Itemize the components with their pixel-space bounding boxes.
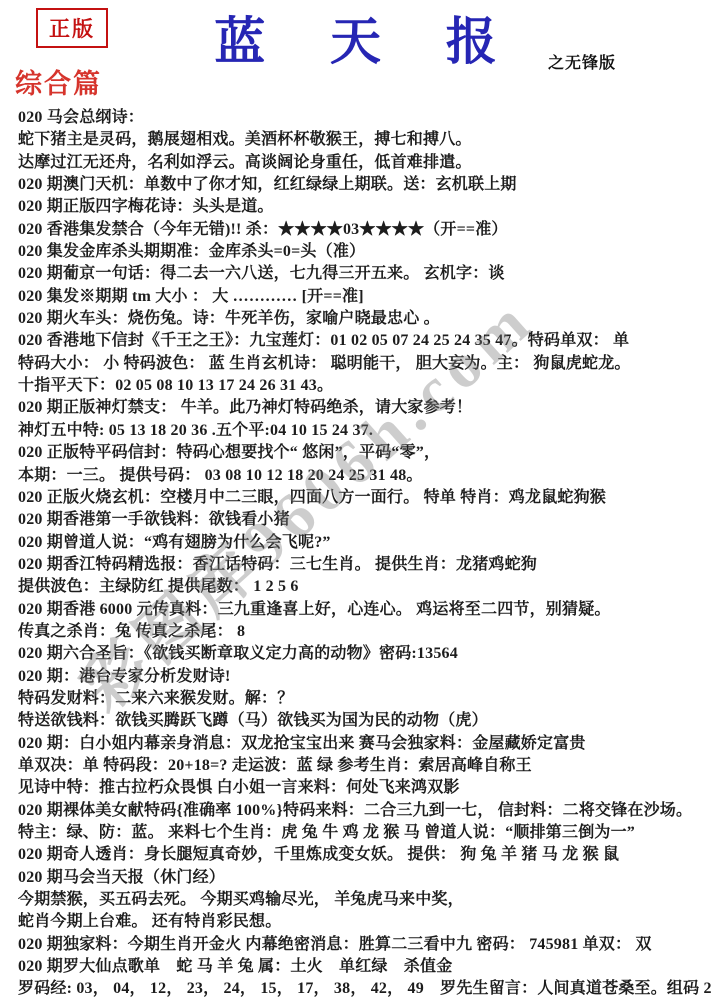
report-body: 020 马会总纲诗：蛇下猪主是灵码，鹅展翅相戏。美酒杯杯敬猴王，搏七和搏八。达摩… <box>18 107 705 1001</box>
report-line: 特送欲钱料：欲钱买腾跃飞蹲（马）欲钱买为国为民的动物（虎） <box>18 710 705 732</box>
report-line: 020 正版火烧玄机：空楼月中二三眼，四面八方一面行。 特单 特肖：鸡龙鼠蛇狗猴 <box>18 487 705 509</box>
report-line: 020 期：白小姐内幕亲身消息：双龙抢宝宝出来 赛马会独家料：金屋藏娇定富贵 <box>18 733 705 755</box>
section-heading: 综合篇 <box>15 62 102 101</box>
report-line: 020 期马会当天报（休门经） <box>18 867 705 889</box>
report-line: 020 香港集发禁合（今年无错)!! 杀：★★★★03★★★★（开==准） <box>18 219 705 241</box>
report-line: 020 期正版四字梅花诗：头头是道。 <box>18 196 705 218</box>
report-line: 020 期裸体美女献特码{准确率 100%}特码来料：二合三九到一七， 信封料：… <box>18 800 705 822</box>
report-line: 020 期奇人透肖：身长腿短真奇妙，千里炼成变女妖。 提供： 狗 兔 羊 猪 马… <box>18 844 705 866</box>
report-line: 020 期香港 6000 元传真料：三九重逢喜上好，心连心。 鸡运将至二四节，别… <box>18 599 705 621</box>
edition-label: 之无锋版 <box>548 50 616 73</box>
report-line: 020 期香江特码精选报：香江话特码：三七生肖。 提供生肖：龙猪鸡蛇狗 <box>18 554 705 576</box>
report-line: 020 集发金库杀头期期准：金库杀头=0=头（准） <box>18 241 705 263</box>
report-line: 神灯五中特: 05 13 18 20 36 .五个平:04 10 15 24 3… <box>18 420 705 442</box>
report-line: 020 集发※期期 tm 大小 ： 大 ………… [开==准] <box>18 286 705 308</box>
report-line: 特主：绿、防：蓝。 来料七个生肖：虎 兔 牛 鸡 龙 猴 马 曾道人说：“顺排第… <box>18 822 705 844</box>
report-line: 十指平天下：02 05 08 10 13 17 24 26 31 43。 <box>18 375 705 397</box>
report-line: 见诗中特：推古拉朽众畏惧 白小姐一言来料：何处飞来鸿双影 <box>18 777 705 799</box>
report-line: 020 期正版神灯禁支： 牛羊。此乃神灯特码绝杀，请大家参考！ <box>18 397 705 419</box>
report-line: 020 期罗大仙点歌单 蛇 马 羊 兔 属：土火 单红绿 杀值金 <box>18 956 705 978</box>
report-line: 蛇下猪主是灵码，鹅展翅相戏。美酒杯杯敬猴王，搏七和搏八。 <box>18 129 705 151</box>
report-line: 020 期六合圣旨：《欲钱买断章取义定力高的动物》密码:13564 <box>18 643 705 665</box>
report-line: 020 期火车头：烧伤兔。诗：牛死羊伤，家喻户晓最忠心 。 <box>18 308 705 330</box>
report-line: 020 期独家料：今期生肖开金火 内幕绝密消息：胜算二三看中九 密码： 7459… <box>18 934 705 956</box>
report-line: 020 马会总纲诗： <box>18 107 705 129</box>
newspaper-page: 正版 蓝 天 报 之无锋版 综合篇 彩图库9606h.com 020 马会总纲诗… <box>0 0 711 1002</box>
report-line: 罗码经: 03， 04， 12， 23， 24， 15， 17， 38， 42，… <box>18 978 705 1000</box>
report-line: 020 期：港台专家分析发财诗! <box>18 666 705 688</box>
report-line: 020 期葡京一句话：得二去一六八送，七九得三开五来。 玄机字：谈 <box>18 263 705 285</box>
report-line: 达摩过江无还舟，名利如浮云。高谈阔论身重任，低首难排遣。 <box>18 152 705 174</box>
report-line: 单双决：单 特码段：20+18=? 走运波：蓝 绿 参考生肖：索居高峰自称王 <box>18 755 705 777</box>
report-line: 提供波色：主绿防红 提供尾数： 1 2 5 6 <box>18 576 705 598</box>
report-line: 本期：一三。 提供号码： 03 08 10 12 18 20 24 25 31 … <box>18 465 705 487</box>
report-line: 020 正版特平码信封：特码心想要找个“ 悠闲”，平码“零”， <box>18 442 705 464</box>
report-line: 020 期香港第一手欲钱料：欲钱看小猪 <box>18 509 705 531</box>
report-line: 020 期澳门天机：单数中了你才知，红红绿绿上期联。送：玄机联上期 <box>18 174 705 196</box>
report-line: 特码大小： 小 特码波色： 蓝 生肖玄机诗： 聪明能干， 胆大妄为。主： 狗鼠虎… <box>18 353 705 375</box>
report-line: 020 期曾道人说：“鸡有翅膀为什么会飞呢?” <box>18 532 705 554</box>
report-line: 020 香港地下信封《千王之王》：九宝莲灯：01 02 05 07 24 25 … <box>18 330 705 352</box>
report-line: 今期禁猴，买五码去死。 今期买鸡输尽光， 羊兔虎马来中奖， <box>18 889 705 911</box>
report-line: 蛇肖今期上台难。 还有特肖彩民想。 <box>18 911 705 933</box>
report-line: 特码发财料：二来六来猴发财。解：？ <box>18 688 705 710</box>
report-line: 传真之杀肖：兔 传真之杀尾： 8 <box>18 621 705 643</box>
